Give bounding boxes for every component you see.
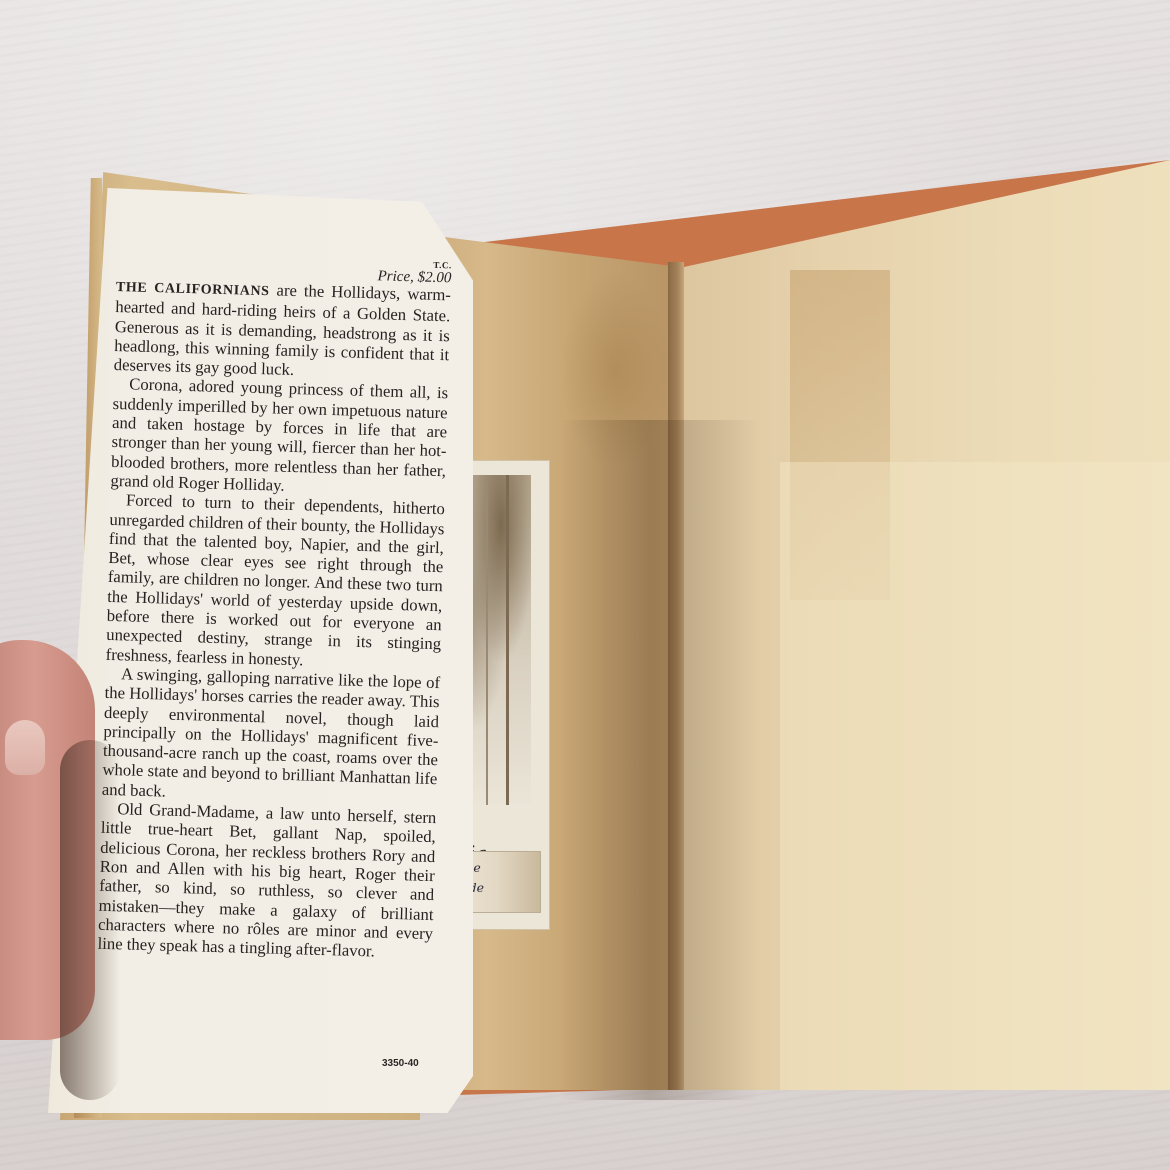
catalog-number: 3350-40 [382,1058,419,1069]
thumb-shadow [60,740,120,1100]
flap-paragraph: Corona, adored young princess of them al… [110,374,448,499]
flap-paragraph: THE CALIFORNIANS are the Hollidays, warm… [114,276,452,384]
flap-paragraph: A swinging, galloping narrative like the… [102,664,441,808]
book-title: THE CALIFORNIANS [116,280,270,299]
flap-paragraph: Forced to turn to their dependents, hith… [105,490,445,673]
right-page-faded-panel [780,462,1170,1090]
thumbnail [5,720,45,775]
flap-blurb: T.C. Price, $2.00 THE CALIFORNIANS are t… [97,250,452,962]
flap-paragraph: Old Grand-Madame, a law unto herself, st… [97,799,436,963]
hand-shadow-overlay [560,420,760,1100]
